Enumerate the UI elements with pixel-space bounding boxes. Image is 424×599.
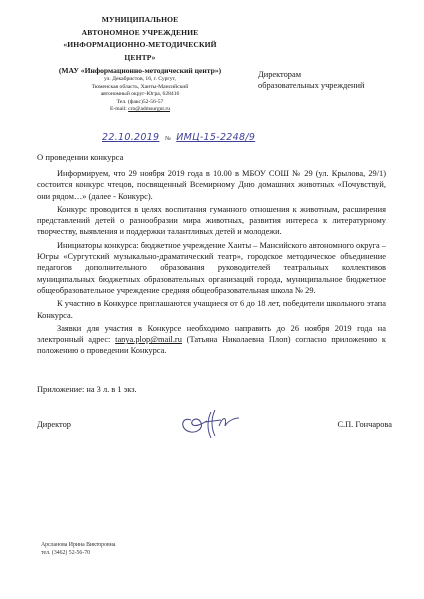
address-line: автономный округ-Югра, 628416 (42, 91, 238, 99)
handwritten-signature-icon (177, 406, 247, 440)
executor-info: Арсланова Ирина Викторовна тел. (3462) 5… (41, 541, 115, 557)
email-line: E-mail: cro@admsurgut.ru (42, 106, 238, 114)
signer-title: Директор (37, 420, 71, 429)
addressee: Директорам образовательных учреждений (258, 69, 364, 91)
registration-number: ИМЦ-15-2248/9 (176, 132, 255, 143)
paragraph: К участию в Конкурсе приглашаются учащие… (37, 298, 386, 321)
paragraph: Информируем, что 29 ноября 2019 года в 1… (37, 168, 386, 202)
paragraph: Инициаторы конкурса: бюджетное учреждени… (37, 240, 386, 296)
letter-body: Информируем, что 29 ноября 2019 года в 1… (37, 168, 386, 359)
org-name-line: «ИНФОРМАЦИОННО-МЕТОДИЧЕСКИЙ (42, 39, 238, 52)
contact-email-link[interactable]: tanya.plop@mail.ru (115, 335, 182, 344)
addressee-line: Директорам (258, 69, 364, 80)
address-line: ул. Декабристов, 16, г. Сургут, (42, 76, 238, 84)
org-name-line: МУНИЦИПАЛЬНОЕ (42, 14, 238, 27)
addressee-line: образовательных учреждений (258, 80, 364, 91)
paragraph: Заявки для участия в Конкурсе необходимо… (37, 323, 386, 357)
executor-phone: тел. (3462) 52-56-70 (41, 549, 115, 557)
letterhead: МУНИЦИПАЛЬНОЕ АВТОНОМНОЕ УЧРЕЖДЕНИЕ «ИНФ… (42, 14, 238, 114)
executor-name: Арсланова Ирина Викторовна (41, 541, 115, 549)
number-sign: № (165, 136, 171, 142)
org-name-line: ЦЕНТР» (42, 52, 238, 65)
signer-name: С.П. Гончарова (337, 420, 392, 429)
paragraph: Конкурс проводится в целях воспитания гу… (37, 204, 386, 238)
registration-line: 22.10.2019 № ИМЦ-15-2248/9 (102, 132, 255, 143)
org-name-line: АВТОНОМНОЕ УЧРЕЖДЕНИЕ (42, 27, 238, 40)
attachment-note: Приложение: на 3 л. в 1 экз. (37, 385, 137, 394)
phone-line: Тел. (факс)52-56-57 (42, 99, 238, 107)
email-label: E-mail: (110, 106, 128, 112)
registration-date: 22.10.2019 (102, 132, 159, 143)
letter-subject: О проведении конкурса (37, 152, 123, 162)
email-link[interactable]: cro@admsurgut.ru (128, 106, 170, 112)
org-short-name: (МАУ «Информационно-методический центр») (42, 65, 238, 76)
